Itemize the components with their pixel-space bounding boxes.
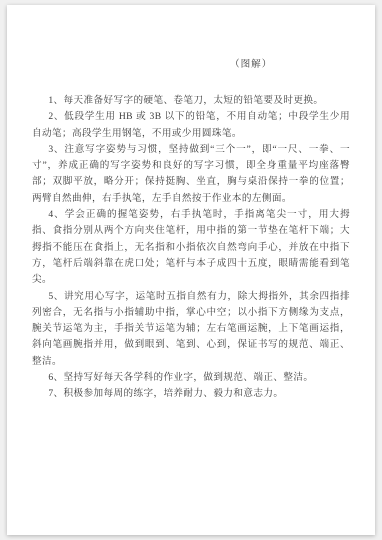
document-title: （图解） <box>230 57 350 73</box>
paragraph: 4、学会正确的握笔姿势，右手执笔时，手指离笔尖一寸，用大拇指、食指分别从两个方向… <box>32 207 350 288</box>
paragraph: 3、注意写字姿势与习惯，坚持做到“三个一”，即“一尺、一拳、一寸”，养成正确的写… <box>32 142 350 207</box>
document-body: 1、每天准备好写字的硬笔、卷笔刀，太短的铅笔要及时更换。2、低段学生用 HB 或… <box>32 93 350 403</box>
document-page: （图解） 1、每天准备好写字的硬笔、卷笔刀，太短的铅笔要及时更换。2、低段学生用… <box>7 5 375 535</box>
paragraph: 6、坚持写好每天各学科的作业字，做到规范、端正、整洁。 <box>32 370 350 386</box>
paragraph: 2、低段学生用 HB 或 3B 以下的铅笔，不用自动笔；中段学生少用自动笔；高段… <box>32 109 350 142</box>
paragraph: 5、讲究用心写字，运笔时五指自然有力，除大拇指外，其余四指排列密合，无名指与小指… <box>32 289 350 370</box>
document-canvas: （图解） 1、每天准备好写字的硬笔、卷笔刀，太短的铅笔要及时更换。2、低段学生用… <box>0 0 382 540</box>
paragraph: 1、每天准备好写字的硬笔、卷笔刀，太短的铅笔要及时更换。 <box>32 93 350 109</box>
paragraph: 7、积极参加每周的练字，培养耐力、毅力和意志力。 <box>32 386 350 402</box>
